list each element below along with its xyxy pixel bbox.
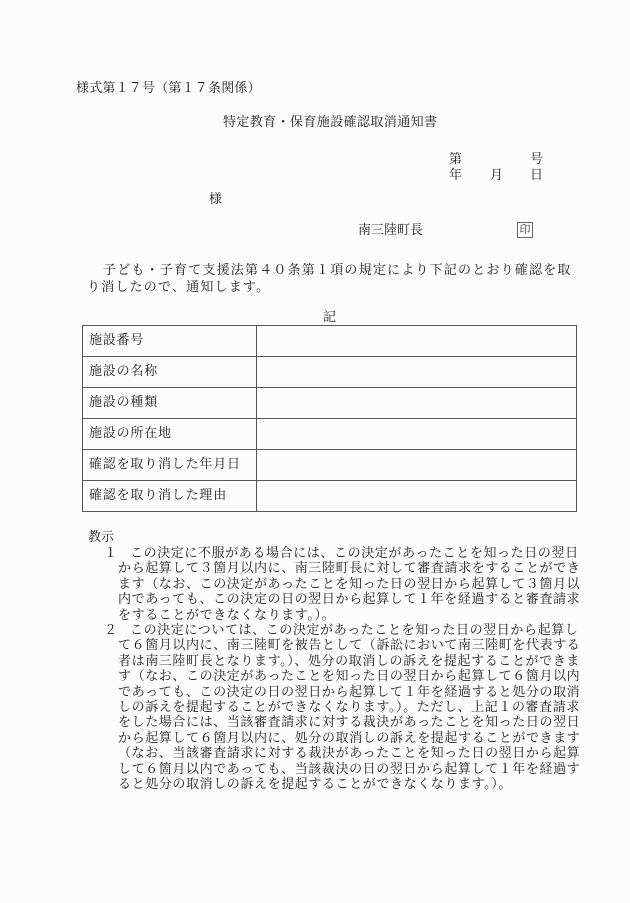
table-row: 施設の種類 [83,388,577,419]
addressee-suffix: 様 [209,192,222,208]
row-value [257,481,577,512]
reference-number-prefix: 第 [449,152,462,168]
table-row: 施設の名称 [83,357,577,388]
instruction-item: ２ この決定については、この決定があったことを知った日の翌日から起算して６箇月以… [104,623,582,792]
issuer-name: 南三陸町長 [358,223,423,239]
row-label: 施設番号 [83,326,257,357]
table-row: 施設番号 [83,326,577,357]
details-table: 施設番号 施設の名称 施設の種類 施設の所在地 確認を取り消した年月日 確認を取… [82,325,577,512]
table-row: 確認を取り消した年月日 [83,450,577,481]
table-row: 施設の所在地 [83,419,577,450]
date-year-label: 年 [449,168,462,184]
row-value [257,357,577,388]
row-label: 施設の所在地 [83,419,257,450]
date-month-label: 月 [490,168,503,184]
seal-icon: 印 [517,222,533,238]
row-value [257,419,577,450]
document-title: 特定教育・保育施設確認取消通知書 [223,115,437,131]
row-label: 施設の種類 [83,388,257,419]
row-value [257,326,577,357]
table-row: 確認を取り消した理由 [83,481,577,512]
date-day-label: 日 [530,168,543,184]
row-value [257,388,577,419]
instruction-text: この決定に不服がある場合には、この決定があったことを知った日の翌日から起算して３… [104,546,582,623]
form-number: 様式第１７号（第１７条関係） [76,81,261,97]
ki-heading: 記 [323,310,336,326]
instruction-number: １ [104,546,118,561]
notice-body: 子ども・子育て支援法第４０条第１項の規定により下記のとおり確認を取り消したので、… [87,262,581,296]
instructions-title: 教示 [88,530,114,546]
row-value [257,450,577,481]
instruction-item: １ この決定に不服がある場合には、この決定があったことを知った日の翌日から起算し… [104,546,582,623]
reference-number-suffix: 号 [530,152,543,168]
instruction-number: ２ [104,623,118,638]
row-label: 施設の名称 [83,357,257,388]
row-label: 確認を取り消した年月日 [83,450,257,481]
row-label: 確認を取り消した理由 [83,481,257,512]
instruction-text: この決定については、この決定があったことを知った日の翌日から起算して６箇月以内に… [104,623,582,792]
